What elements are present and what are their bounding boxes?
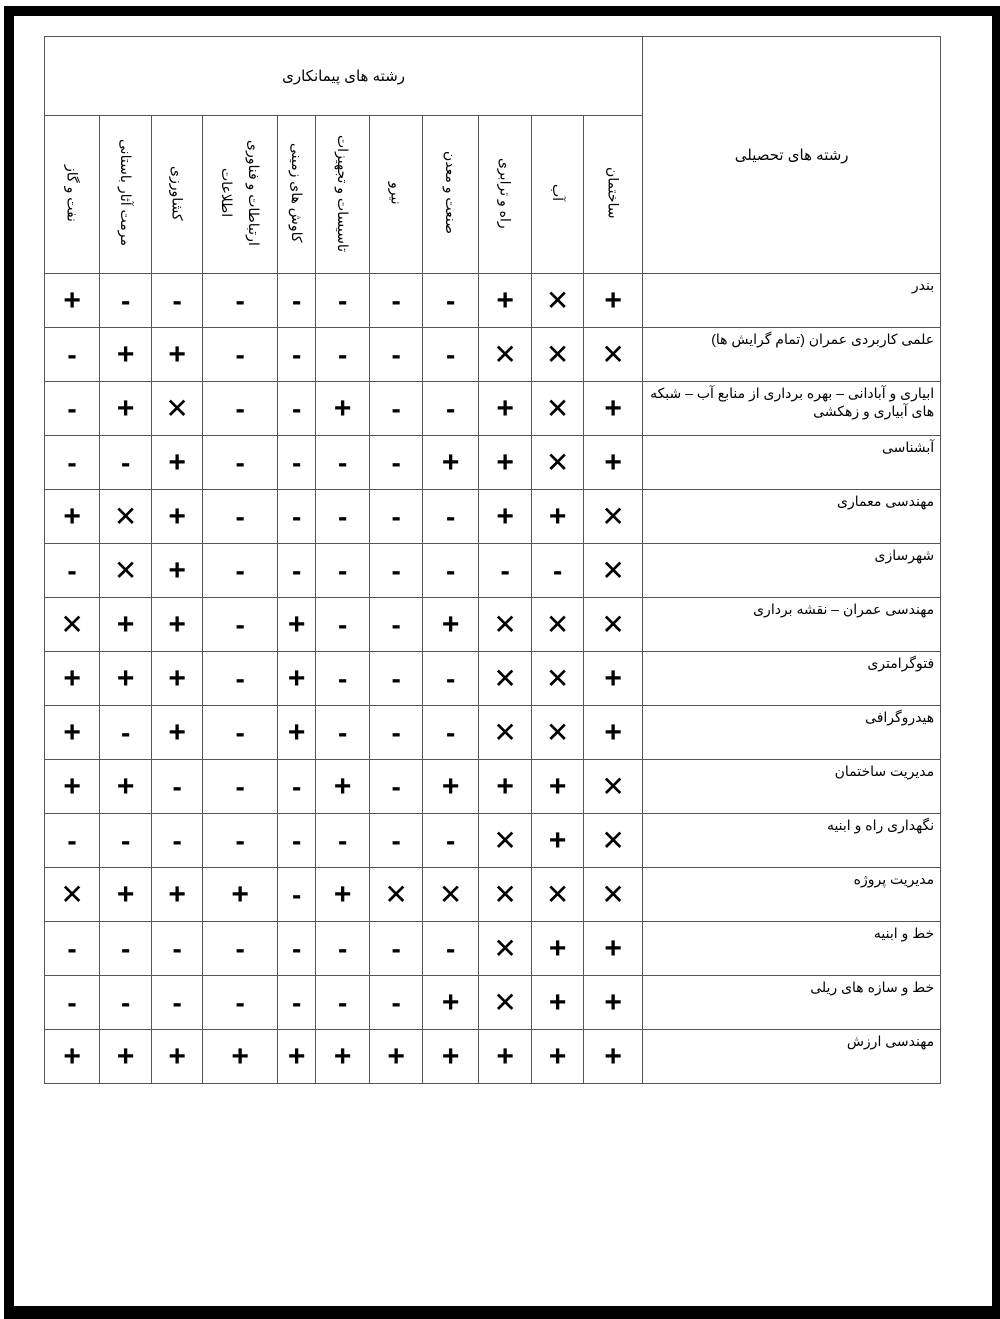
column-header-label: کاوش های زمینی	[283, 143, 310, 243]
plus-mark: +	[278, 598, 316, 652]
minus-mark: -	[278, 814, 316, 868]
minus-mark: -	[316, 652, 370, 706]
table-row: علمی کاربردی عمران (تمام گرایش ها)✕✕✕---…	[45, 328, 941, 382]
column-header-label: مرمت آثار باستانی	[112, 139, 139, 246]
minus-mark: -	[100, 922, 152, 976]
column-header-label: ساختمان	[600, 167, 627, 219]
minus-mark: -	[370, 382, 423, 436]
minus-mark: -	[479, 544, 532, 598]
minus-mark: -	[423, 382, 479, 436]
minus-mark: -	[532, 544, 584, 598]
plus-mark: +	[152, 328, 203, 382]
minus-mark: -	[316, 814, 370, 868]
cross-mark: ✕	[532, 274, 584, 328]
cross-mark: ✕	[532, 868, 584, 922]
academic-field-name: مدیریت ساختمان	[643, 760, 941, 814]
minus-mark: -	[152, 760, 203, 814]
cross-mark: ✕	[45, 598, 100, 652]
minus-mark: -	[423, 490, 479, 544]
minus-mark: -	[203, 814, 278, 868]
plus-mark: +	[45, 652, 100, 706]
table-row: هیدروگرافی+✕✕---+-+-+	[45, 706, 941, 760]
table-row: نگهداری راه و ابنیه✕+✕--------	[45, 814, 941, 868]
minus-mark: -	[203, 706, 278, 760]
plus-mark: +	[479, 760, 532, 814]
table-row: شهرسازی✕-------+✕-	[45, 544, 941, 598]
column-header: کشاورزی	[152, 116, 203, 274]
academic-field-name: مهندسی معماری	[643, 490, 941, 544]
cross-mark: ✕	[584, 598, 643, 652]
table-row: خط و سازه های ریلی++✕+-------	[45, 976, 941, 1030]
cross-mark: ✕	[532, 598, 584, 652]
plus-mark: +	[100, 760, 152, 814]
cross-mark: ✕	[479, 922, 532, 976]
cross-mark: ✕	[479, 814, 532, 868]
minus-mark: -	[100, 814, 152, 868]
plus-mark: +	[152, 706, 203, 760]
plus-mark: +	[532, 814, 584, 868]
minus-mark: -	[370, 652, 423, 706]
plus-mark: +	[45, 706, 100, 760]
column-header: ساختمان	[584, 116, 643, 274]
table-row: مدیریت پروژه✕✕✕✕✕+-+++✕	[45, 868, 941, 922]
column-header: صنعت و معدن	[423, 116, 479, 274]
column-header: تاسیسات و تجهیزات	[316, 116, 370, 274]
plus-mark: +	[203, 1030, 278, 1084]
minus-mark: -	[100, 436, 152, 490]
minus-mark: -	[203, 652, 278, 706]
plus-mark: +	[479, 274, 532, 328]
plus-mark: +	[45, 274, 100, 328]
plus-mark: +	[479, 490, 532, 544]
cross-mark: ✕	[584, 868, 643, 922]
minus-mark: -	[423, 652, 479, 706]
minus-mark: -	[45, 544, 100, 598]
plus-mark: +	[45, 1030, 100, 1084]
minus-mark: -	[203, 274, 278, 328]
column-header-label: آب	[544, 184, 571, 201]
minus-mark: -	[203, 760, 278, 814]
academic-field-name: آبشناسی	[643, 436, 941, 490]
minus-mark: -	[203, 328, 278, 382]
minus-mark: -	[370, 598, 423, 652]
plus-mark: +	[479, 1030, 532, 1084]
minus-mark: -	[370, 328, 423, 382]
cross-mark: ✕	[100, 544, 152, 598]
minus-mark: -	[203, 544, 278, 598]
cross-mark: ✕	[584, 544, 643, 598]
minus-mark: -	[45, 976, 100, 1030]
group-header-row: رشته های تحصیلی رشته های پیمانکاری	[45, 37, 941, 116]
column-header: مرمت آثار باستانی	[100, 116, 152, 274]
minus-mark: -	[278, 976, 316, 1030]
table-row: مهندسی معماری✕++-----+✕+	[45, 490, 941, 544]
plus-mark: +	[532, 922, 584, 976]
minus-mark: -	[370, 922, 423, 976]
academic-field-name: مهندسی عمران – نقشه برداری	[643, 598, 941, 652]
plus-mark: +	[100, 1030, 152, 1084]
plus-mark: +	[100, 382, 152, 436]
plus-mark: +	[532, 1030, 584, 1084]
table-row: ابیاری و آبادانی – بهره برداری از منابع …	[45, 382, 941, 436]
table-body: بندر+✕+-------+علمی کاربردی عمران (تمام …	[45, 274, 941, 1084]
minus-mark: -	[203, 382, 278, 436]
academic-field-name: مدیریت پروژه	[643, 868, 941, 922]
minus-mark: -	[278, 436, 316, 490]
minus-mark: -	[370, 760, 423, 814]
plus-mark: +	[152, 544, 203, 598]
cross-mark: ✕	[479, 706, 532, 760]
table-row: مدیریت ساختمان✕+++-+---++	[45, 760, 941, 814]
minus-mark: -	[278, 760, 316, 814]
minus-mark: -	[316, 976, 370, 1030]
minus-mark: -	[423, 922, 479, 976]
minus-mark: -	[370, 436, 423, 490]
cross-mark: ✕	[479, 598, 532, 652]
plus-mark: +	[584, 1030, 643, 1084]
minus-mark: -	[152, 274, 203, 328]
column-header-label: تاسیسات و تجهیزات	[329, 135, 356, 252]
table-row: فتوگرامتری+✕✕---+-+++	[45, 652, 941, 706]
plus-mark: +	[278, 652, 316, 706]
plus-mark: +	[203, 868, 278, 922]
plus-mark: +	[100, 598, 152, 652]
table-row: مهندسی ارزش+++++++++++	[45, 1030, 941, 1084]
minus-mark: -	[45, 328, 100, 382]
minus-mark: -	[278, 868, 316, 922]
cross-mark: ✕	[584, 814, 643, 868]
plus-mark: +	[45, 490, 100, 544]
minus-mark: -	[278, 274, 316, 328]
plus-mark: +	[316, 760, 370, 814]
minus-mark: -	[203, 922, 278, 976]
table-row: آبشناسی+✕++----+--	[45, 436, 941, 490]
minus-mark: -	[203, 490, 278, 544]
plus-mark: +	[278, 1030, 316, 1084]
plus-mark: +	[316, 868, 370, 922]
plus-mark: +	[152, 652, 203, 706]
column-header-label: نفت و گاز	[59, 165, 86, 222]
column-header: نیرو	[370, 116, 423, 274]
table-row: خط و ابنیه++✕--------	[45, 922, 941, 976]
table-row: بندر+✕+-------+	[45, 274, 941, 328]
plus-mark: +	[532, 760, 584, 814]
plus-mark: +	[316, 382, 370, 436]
minus-mark: -	[152, 976, 203, 1030]
minus-mark: -	[316, 706, 370, 760]
academic-field-name: شهرسازی	[643, 544, 941, 598]
plus-mark: +	[584, 922, 643, 976]
minus-mark: -	[278, 922, 316, 976]
cross-mark: ✕	[45, 868, 100, 922]
table-row: مهندسی عمران – نقشه برداری✕✕✕+--+-++✕	[45, 598, 941, 652]
minus-mark: -	[100, 274, 152, 328]
plus-mark: +	[584, 706, 643, 760]
column-header: آب	[532, 116, 584, 274]
plus-mark: +	[423, 598, 479, 652]
academic-field-name: علمی کاربردی عمران (تمام گرایش ها)	[643, 328, 941, 382]
academic-field-name: نگهداری راه و ابنیه	[643, 814, 941, 868]
cross-mark: ✕	[532, 382, 584, 436]
plus-mark: +	[423, 436, 479, 490]
plus-mark: +	[479, 436, 532, 490]
cross-mark: ✕	[532, 706, 584, 760]
minus-mark: -	[423, 544, 479, 598]
minus-mark: -	[423, 706, 479, 760]
cross-mark: ✕	[532, 436, 584, 490]
column-header: ارتباطات و فناوری اطلاعات	[203, 116, 278, 274]
column-header-label: کشاورزی	[164, 166, 191, 221]
cross-mark: ✕	[532, 328, 584, 382]
minus-mark: -	[316, 274, 370, 328]
plus-mark: +	[479, 382, 532, 436]
cross-mark: ✕	[532, 652, 584, 706]
plus-mark: +	[423, 760, 479, 814]
minus-mark: -	[316, 544, 370, 598]
contracting-fields-table: رشته های تحصیلی رشته های پیمانکاری ساختم…	[44, 36, 941, 1084]
page-frame: رشته های تحصیلی رشته های پیمانکاری ساختم…	[4, 6, 1000, 1319]
plus-mark: +	[100, 328, 152, 382]
minus-mark: -	[423, 814, 479, 868]
minus-mark: -	[100, 706, 152, 760]
cross-mark: ✕	[152, 382, 203, 436]
academic-field-name: ابیاری و آبادانی – بهره برداری از منابع …	[643, 382, 941, 436]
plus-mark: +	[532, 490, 584, 544]
column-header: نفت و گاز	[45, 116, 100, 274]
cross-mark: ✕	[479, 976, 532, 1030]
plus-mark: +	[584, 976, 643, 1030]
column-header-label: صنعت و معدن	[437, 151, 464, 234]
minus-mark: -	[370, 490, 423, 544]
minus-mark: -	[152, 814, 203, 868]
column-header-label: نیرو	[383, 182, 410, 205]
plus-mark: +	[584, 436, 643, 490]
cross-mark: ✕	[479, 328, 532, 382]
minus-mark: -	[370, 544, 423, 598]
minus-mark: -	[370, 814, 423, 868]
minus-mark: -	[152, 922, 203, 976]
academic-field-name: خط و ابنیه	[643, 922, 941, 976]
plus-mark: +	[370, 1030, 423, 1084]
group-header: رشته های پیمانکاری	[45, 37, 643, 116]
cross-mark: ✕	[584, 328, 643, 382]
plus-mark: +	[152, 1030, 203, 1084]
plus-mark: +	[423, 1030, 479, 1084]
minus-mark: -	[203, 436, 278, 490]
row-header-title: رشته های تحصیلی	[643, 37, 941, 274]
plus-mark: +	[152, 868, 203, 922]
minus-mark: -	[45, 436, 100, 490]
minus-mark: -	[316, 490, 370, 544]
column-header-label: راه و ترابری	[492, 158, 519, 229]
minus-mark: -	[278, 328, 316, 382]
plus-mark: +	[584, 652, 643, 706]
minus-mark: -	[423, 328, 479, 382]
table-container: رشته های تحصیلی رشته های پیمانکاری ساختم…	[44, 36, 940, 1084]
plus-mark: +	[423, 976, 479, 1030]
cross-mark: ✕	[584, 760, 643, 814]
minus-mark: -	[45, 922, 100, 976]
plus-mark: +	[278, 706, 316, 760]
minus-mark: -	[370, 274, 423, 328]
plus-mark: +	[45, 760, 100, 814]
column-header-label: ارتباطات و فناوری اطلاعات	[214, 140, 267, 246]
cross-mark: ✕	[479, 652, 532, 706]
column-header: کاوش های زمینی	[278, 116, 316, 274]
cross-mark: ✕	[584, 490, 643, 544]
plus-mark: +	[152, 598, 203, 652]
cross-mark: ✕	[100, 490, 152, 544]
minus-mark: -	[45, 382, 100, 436]
minus-mark: -	[316, 598, 370, 652]
plus-mark: +	[532, 976, 584, 1030]
cross-mark: ✕	[370, 868, 423, 922]
minus-mark: -	[423, 274, 479, 328]
plus-mark: +	[584, 382, 643, 436]
cross-mark: ✕	[479, 868, 532, 922]
minus-mark: -	[278, 490, 316, 544]
minus-mark: -	[370, 976, 423, 1030]
academic-field-name: فتوگرامتری	[643, 652, 941, 706]
academic-field-name: خط و سازه های ریلی	[643, 976, 941, 1030]
minus-mark: -	[316, 922, 370, 976]
cross-mark: ✕	[423, 868, 479, 922]
column-header: راه و ترابری	[479, 116, 532, 274]
minus-mark: -	[278, 382, 316, 436]
academic-field-name: هیدروگرافی	[643, 706, 941, 760]
plus-mark: +	[316, 1030, 370, 1084]
plus-mark: +	[100, 652, 152, 706]
plus-mark: +	[152, 436, 203, 490]
academic-field-name: مهندسی ارزش	[643, 1030, 941, 1084]
academic-field-name: بندر	[643, 274, 941, 328]
minus-mark: -	[316, 436, 370, 490]
minus-mark: -	[370, 706, 423, 760]
plus-mark: +	[584, 274, 643, 328]
minus-mark: -	[316, 328, 370, 382]
minus-mark: -	[45, 814, 100, 868]
minus-mark: -	[203, 598, 278, 652]
plus-mark: +	[100, 868, 152, 922]
minus-mark: -	[100, 976, 152, 1030]
minus-mark: -	[278, 544, 316, 598]
minus-mark: -	[203, 976, 278, 1030]
plus-mark: +	[152, 490, 203, 544]
